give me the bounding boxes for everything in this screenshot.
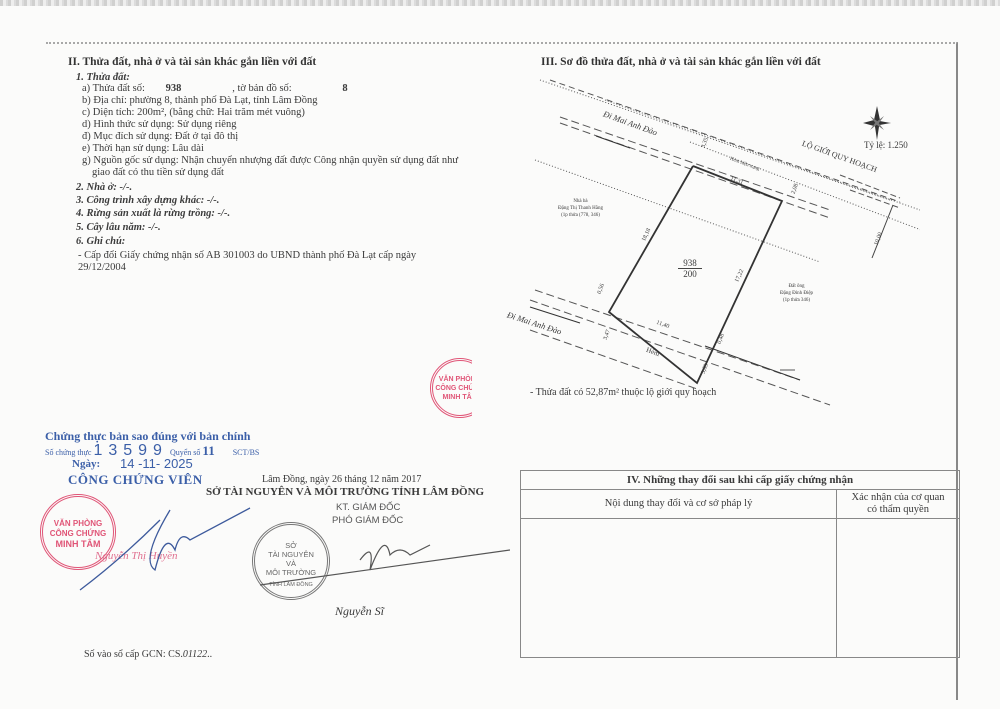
- scan-edge: [0, 0, 1000, 6]
- register-number: 01122: [183, 649, 207, 660]
- note-line-2: 29/12/2004: [78, 262, 126, 273]
- section-3-title: III. Sơ đồ thửa đất, nhà ở và tài sản kh…: [541, 56, 821, 68]
- agency-signature: [250, 500, 510, 600]
- certification-number-label: Số chứng thực: [45, 448, 91, 457]
- certification-date: 14 -11- 2025: [120, 456, 193, 471]
- changes-table: IV. Những thay đổi sau khi cấp giấy chứn…: [520, 470, 960, 658]
- notes-heading: 6. Ghi chú:: [76, 236, 125, 247]
- parcel-line: a) Thửa đất số: 938 , tờ bản đồ số: 8: [82, 83, 348, 94]
- area: c) Diện tích: 200m², (bằng chữ: Hai trăm…: [82, 107, 305, 118]
- register-label: Số vào sổ cấp GCN: CS.: [84, 649, 183, 660]
- issuing-agency: SỞ TÀI NGUYÊN VÀ MÔI TRƯỜNG TỈNH LÂM ĐỒN…: [206, 486, 484, 498]
- parcel-label-block: 938 200: [678, 258, 702, 279]
- use-purpose: đ) Mục đích sử dụng: Đất ở tại đô thị: [82, 131, 238, 142]
- parcel-diagram: [500, 70, 920, 410]
- compass-icon: [863, 106, 891, 140]
- certification-date-label: Ngày:: [72, 458, 100, 470]
- use-form: d) Hình thức sử dụng: Sử dụng riêng: [82, 119, 236, 130]
- address: b) Địa chỉ: phường 8, thành phố Đà Lạt, …: [82, 95, 318, 106]
- col-change-content: Nội dung thay đổi và cơ sở pháp lý: [521, 490, 837, 519]
- parcel-label: a) Thửa đất số:: [82, 83, 145, 94]
- planning-note: - Thửa đất có 52,87m² thuộc lộ giới quy …: [530, 387, 716, 398]
- neighbor-left: Nhà bà Đặng Thị Thanh Hằng (1p thửa (778…: [558, 198, 603, 219]
- notary-signature: [60, 500, 260, 600]
- perennial-trees: 5. Cây lâu năm: -/-.: [76, 222, 161, 233]
- map-sheet-label: , tờ bản đồ số:: [232, 83, 292, 94]
- scale: Tỷ lệ: 1.250: [864, 140, 908, 150]
- production-forest: 4. Rừng sản xuất là rừng trồng: -/-.: [76, 208, 230, 219]
- note-line-1: - Cấp đổi Giấy chứng nhận số AB 301003 d…: [78, 250, 416, 261]
- use-term: e) Thời hạn sử dụng: Lâu dài: [82, 143, 204, 154]
- change-content-cell: [521, 519, 837, 658]
- register-line: Số vào sổ cấp GCN: CS.01122..: [84, 649, 212, 660]
- parcel-area-label: 200: [678, 269, 702, 279]
- origin-line-2: giao đất có thu tiền sử dụng đất: [92, 167, 224, 178]
- section-2-title: II. Thửa đất, nhà ở và tài sản khác gắn …: [68, 56, 316, 68]
- parcel-number: 938: [148, 83, 230, 94]
- authority-cell: [837, 519, 960, 658]
- agency-signer: Nguyễn Sĩ: [335, 604, 384, 619]
- land-heading: 1. Thửa đất:: [76, 72, 130, 83]
- map-sheet-number: 8: [294, 83, 347, 94]
- issue-place-date: Lâm Đồng, ngày 26 tháng 12 năm 2017: [262, 474, 421, 485]
- parcel-number-label: 938: [678, 258, 702, 269]
- section-4-title: IV. Những thay đổi sau khi cấp giấy chứn…: [521, 471, 960, 490]
- neighbor-right: Đất ông Đặng Đình Điệp (1p thửa 346): [780, 283, 813, 304]
- certification-book-suffix: SCT/BS: [217, 448, 260, 457]
- house: 2. Nhà ở: -/-.: [76, 182, 132, 193]
- notary-role: CÔNG CHỨNG VIÊN: [68, 472, 203, 488]
- origin-line-1: g) Nguồn gốc sử dụng: Nhận chuyển nhượng…: [82, 155, 458, 166]
- col-authority-confirmation: Xác nhận của cơ quan có thẩm quyền: [837, 490, 960, 519]
- other-construction: 3. Công trình xây dựng khác: -/-.: [76, 195, 219, 206]
- certification-book: 11: [202, 443, 214, 458]
